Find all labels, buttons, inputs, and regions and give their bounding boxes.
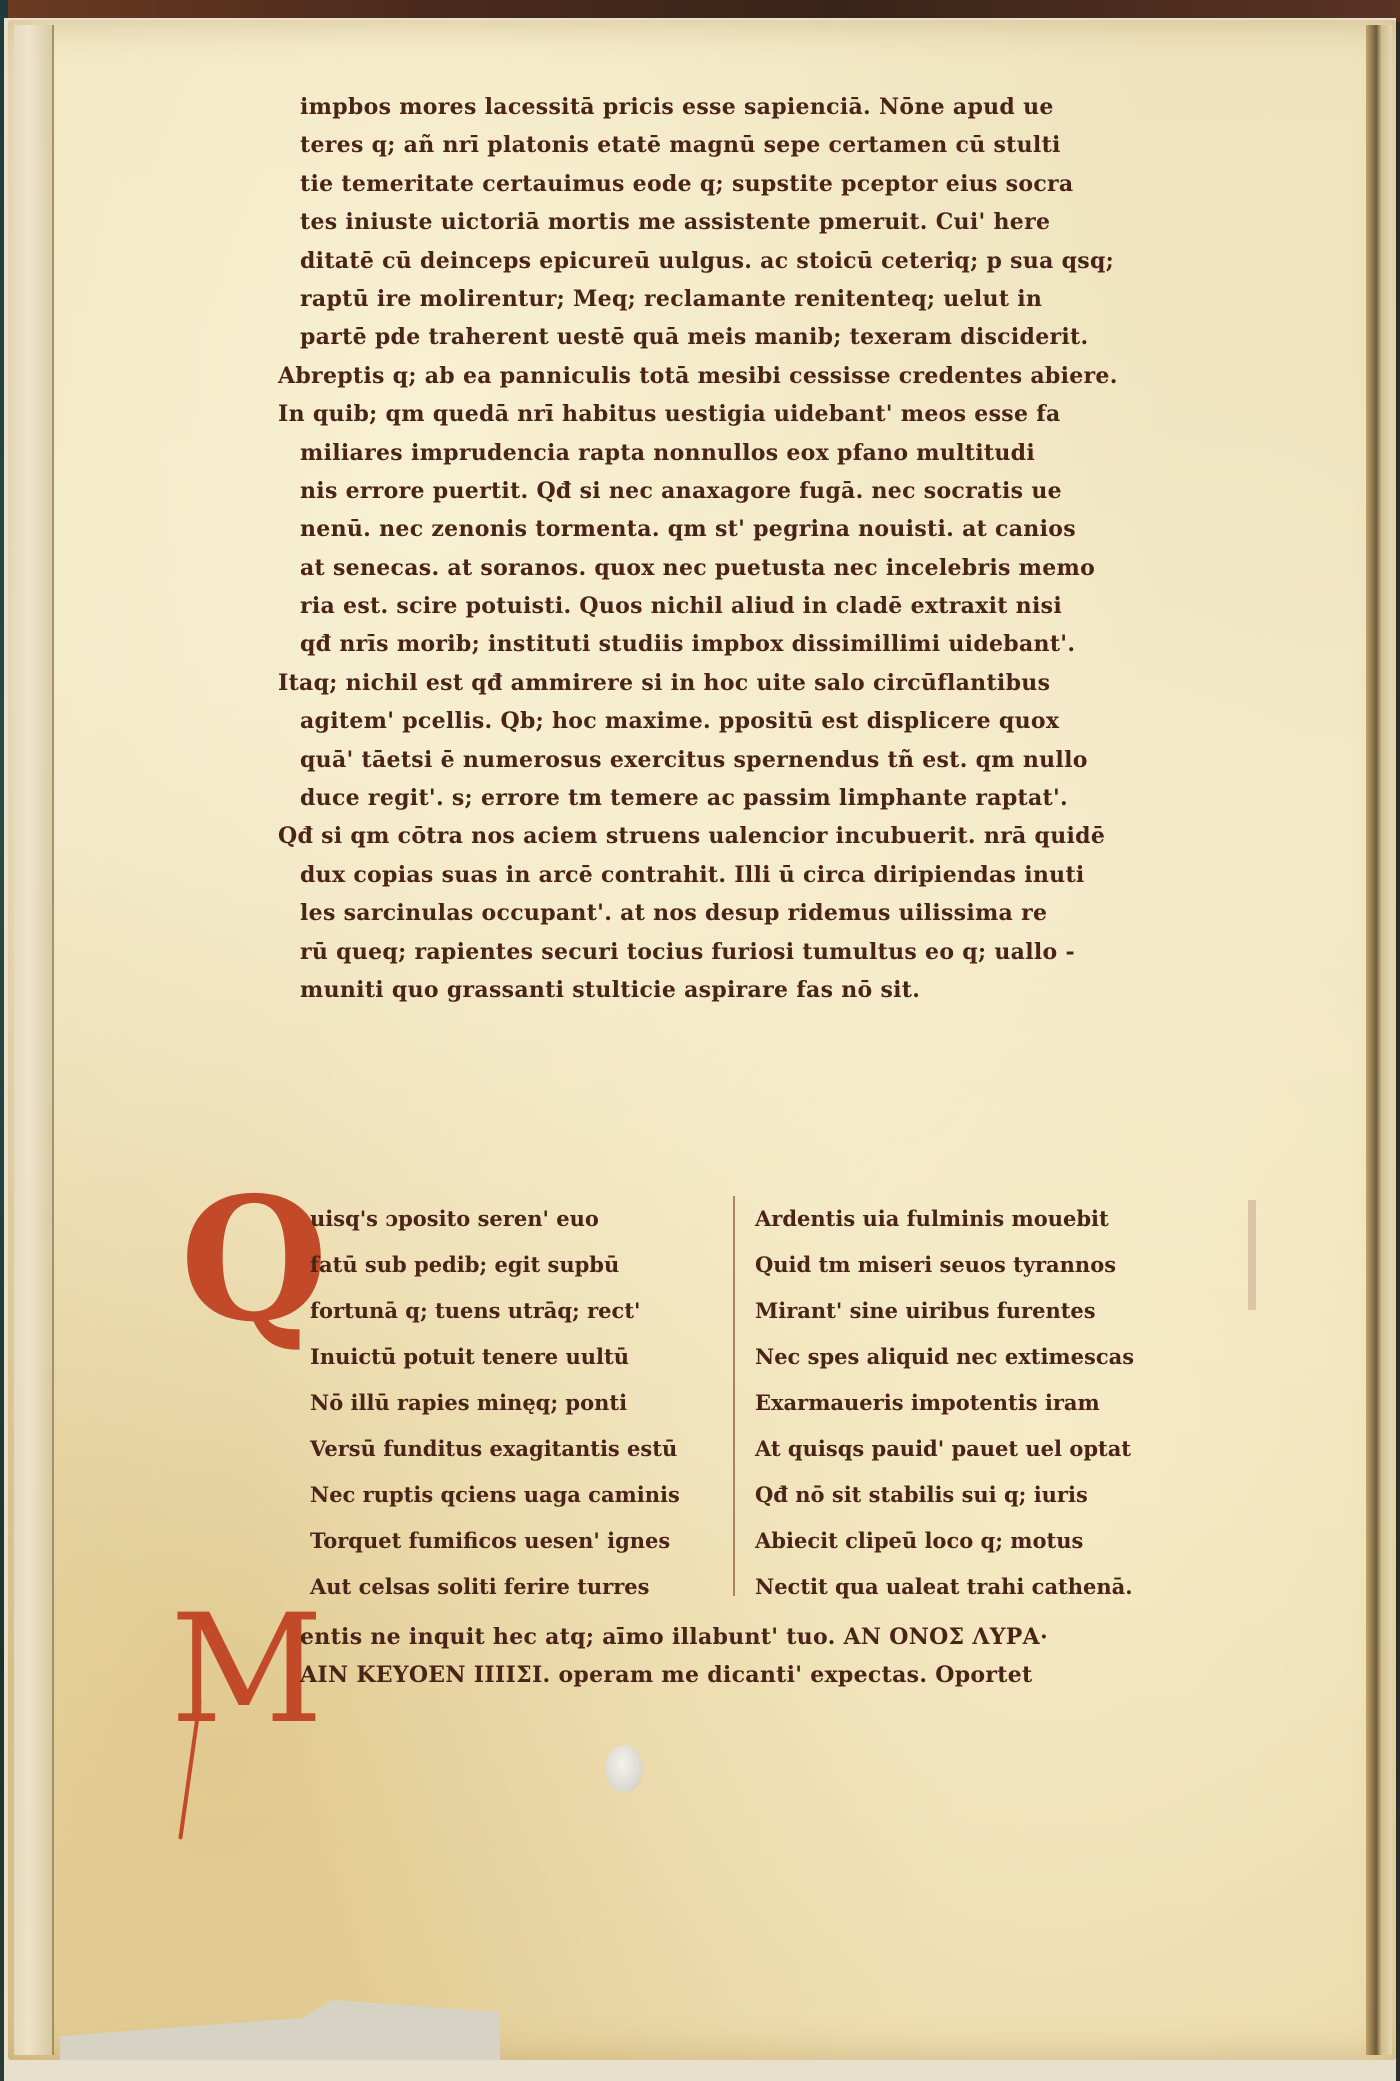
parchment-hole: [605, 1745, 643, 1793]
prose-line: nenū. nec zenonis tormenta. qm st' pegri…: [300, 510, 1240, 548]
prose-line: Itaq; nichil est qđ ammirere si in hoc u…: [278, 664, 1240, 702]
prose-line: tes iniuste uictoriā mortis me assistent…: [300, 203, 1240, 241]
prose-bottom: entis ne inquit hec atq; aīmo illabunt' …: [300, 1618, 1240, 1695]
prose-top: impbos mores lacessitā pricis esse sapie…: [300, 88, 1240, 1009]
prose-line: duce regit'. s; errore tm temere ac pass…: [300, 779, 1240, 817]
gutter-fold: [14, 25, 54, 2055]
prose-line: ΑΙΝ ΚΕΥΟΕΝ ΙΙΙΙΣΙ. operam me dicanti' ex…: [300, 1656, 1240, 1694]
verse-line: Versū funditus exagitantis estū: [310, 1426, 730, 1472]
verse-line: uisq's ɔposito seren' euo: [310, 1196, 730, 1242]
column-divider: [733, 1196, 735, 1596]
prose-line: ditatē cū deinceps epicureū uulgus. ac s…: [300, 242, 1240, 280]
prose-line: partē pde traherent uestē quā meis manib…: [300, 318, 1240, 356]
right-page-edge: [1366, 25, 1392, 2055]
prose-line: quā' tāetsi ē numerosus exercitus sperne…: [300, 741, 1240, 779]
verse-line: Quid tm miseri seuos tyrannos: [755, 1242, 1175, 1288]
prose-line: qđ nrīs morib; instituti studiis impbox …: [300, 625, 1240, 663]
verse-line: Nec spes aliquid nec extimescas: [755, 1334, 1175, 1380]
verse-block: uisq's ɔposito seren' euo fatū sub pedib…: [300, 1196, 1240, 1596]
verse-line: Inuictū potuit tenere uultū: [310, 1334, 730, 1380]
prose-line: raptū ire molirentur; Meq; reclamante re…: [300, 280, 1240, 318]
verse-line: fatū sub pedib; egit supbū: [310, 1242, 730, 1288]
verse-line: fortunā q; tuens utrāq; rect': [310, 1288, 730, 1334]
prose-line: Qđ si qm cōtra nos aciem struens ualenci…: [278, 817, 1240, 855]
prose-line: entis ne inquit hec atq; aīmo illabunt' …: [300, 1618, 1240, 1656]
verse-line: Ardentis uia fulminis mouebit: [755, 1196, 1175, 1242]
prose-line: les sarcinulas occupant'. at nos desup r…: [300, 894, 1240, 932]
illuminated-initial-m: M: [170, 1600, 300, 1850]
illuminated-initial-q: Q: [180, 1185, 300, 1345]
prose-line: dux copias suas in arcē contrahit. Illi …: [300, 856, 1240, 894]
verse-line: Qđ nō sit stabilis sui q; iuris: [755, 1472, 1175, 1518]
verse-line: Exarmaueris impotentis iram: [755, 1380, 1175, 1426]
prose-line: miliares imprudencia rapta nonnullos eox…: [300, 434, 1240, 472]
verse-line: Aut celsas soliti ferire turres: [310, 1564, 730, 1610]
prose-line: impbos mores lacessitā pricis esse sapie…: [300, 88, 1240, 126]
verse-line: Nō illū rapies minęq; ponti: [310, 1380, 730, 1426]
prose-line: In quib; qm quedā nrī habitus uestigia u…: [278, 395, 1240, 433]
verse-column-left: uisq's ɔposito seren' euo fatū sub pedib…: [310, 1196, 730, 1610]
verse-line: At quisqs pauid' pauet uel optat: [755, 1426, 1175, 1472]
prose-line: teres q; añ nrī platonis etatē magnū sep…: [300, 126, 1240, 164]
prose-line: muniti quo grassanti stulticie aspirare …: [300, 971, 1240, 1009]
prose-line: agitem' pcellis. Qb; hoc maxime. ppositū…: [300, 702, 1240, 740]
verse-column-right: Ardentis uia fulminis mouebit Quid tm mi…: [755, 1196, 1175, 1610]
verse-line: Abiecit clipeū loco q; motus: [755, 1518, 1175, 1564]
verse-line: Nectit qua ualeat trahi cathenā.: [755, 1564, 1175, 1610]
verse-line: Nec ruptis qciens uaga caminis: [310, 1472, 730, 1518]
margin-bracket-mark: [1248, 1200, 1256, 1310]
verse-line: Mirant' sine uiribus furentes: [755, 1288, 1175, 1334]
prose-line: rū queq; rapientes securi tocius furiosi…: [300, 933, 1240, 971]
prose-line: Abreptis q; ab ea panniculis totā mesibi…: [278, 357, 1240, 395]
prose-line: nis errore puertit. Qđ si nec anaxagore …: [300, 472, 1240, 510]
prose-line: ria est. scire potuisti. Quos nichil ali…: [300, 587, 1240, 625]
verse-line: Torquet fumificos uesen' ignes: [310, 1518, 730, 1564]
prose-line: at senecas. at soranos. quox nec puetust…: [300, 549, 1240, 587]
prose-line: tie temeritate certauimus eode q; supsti…: [300, 165, 1240, 203]
